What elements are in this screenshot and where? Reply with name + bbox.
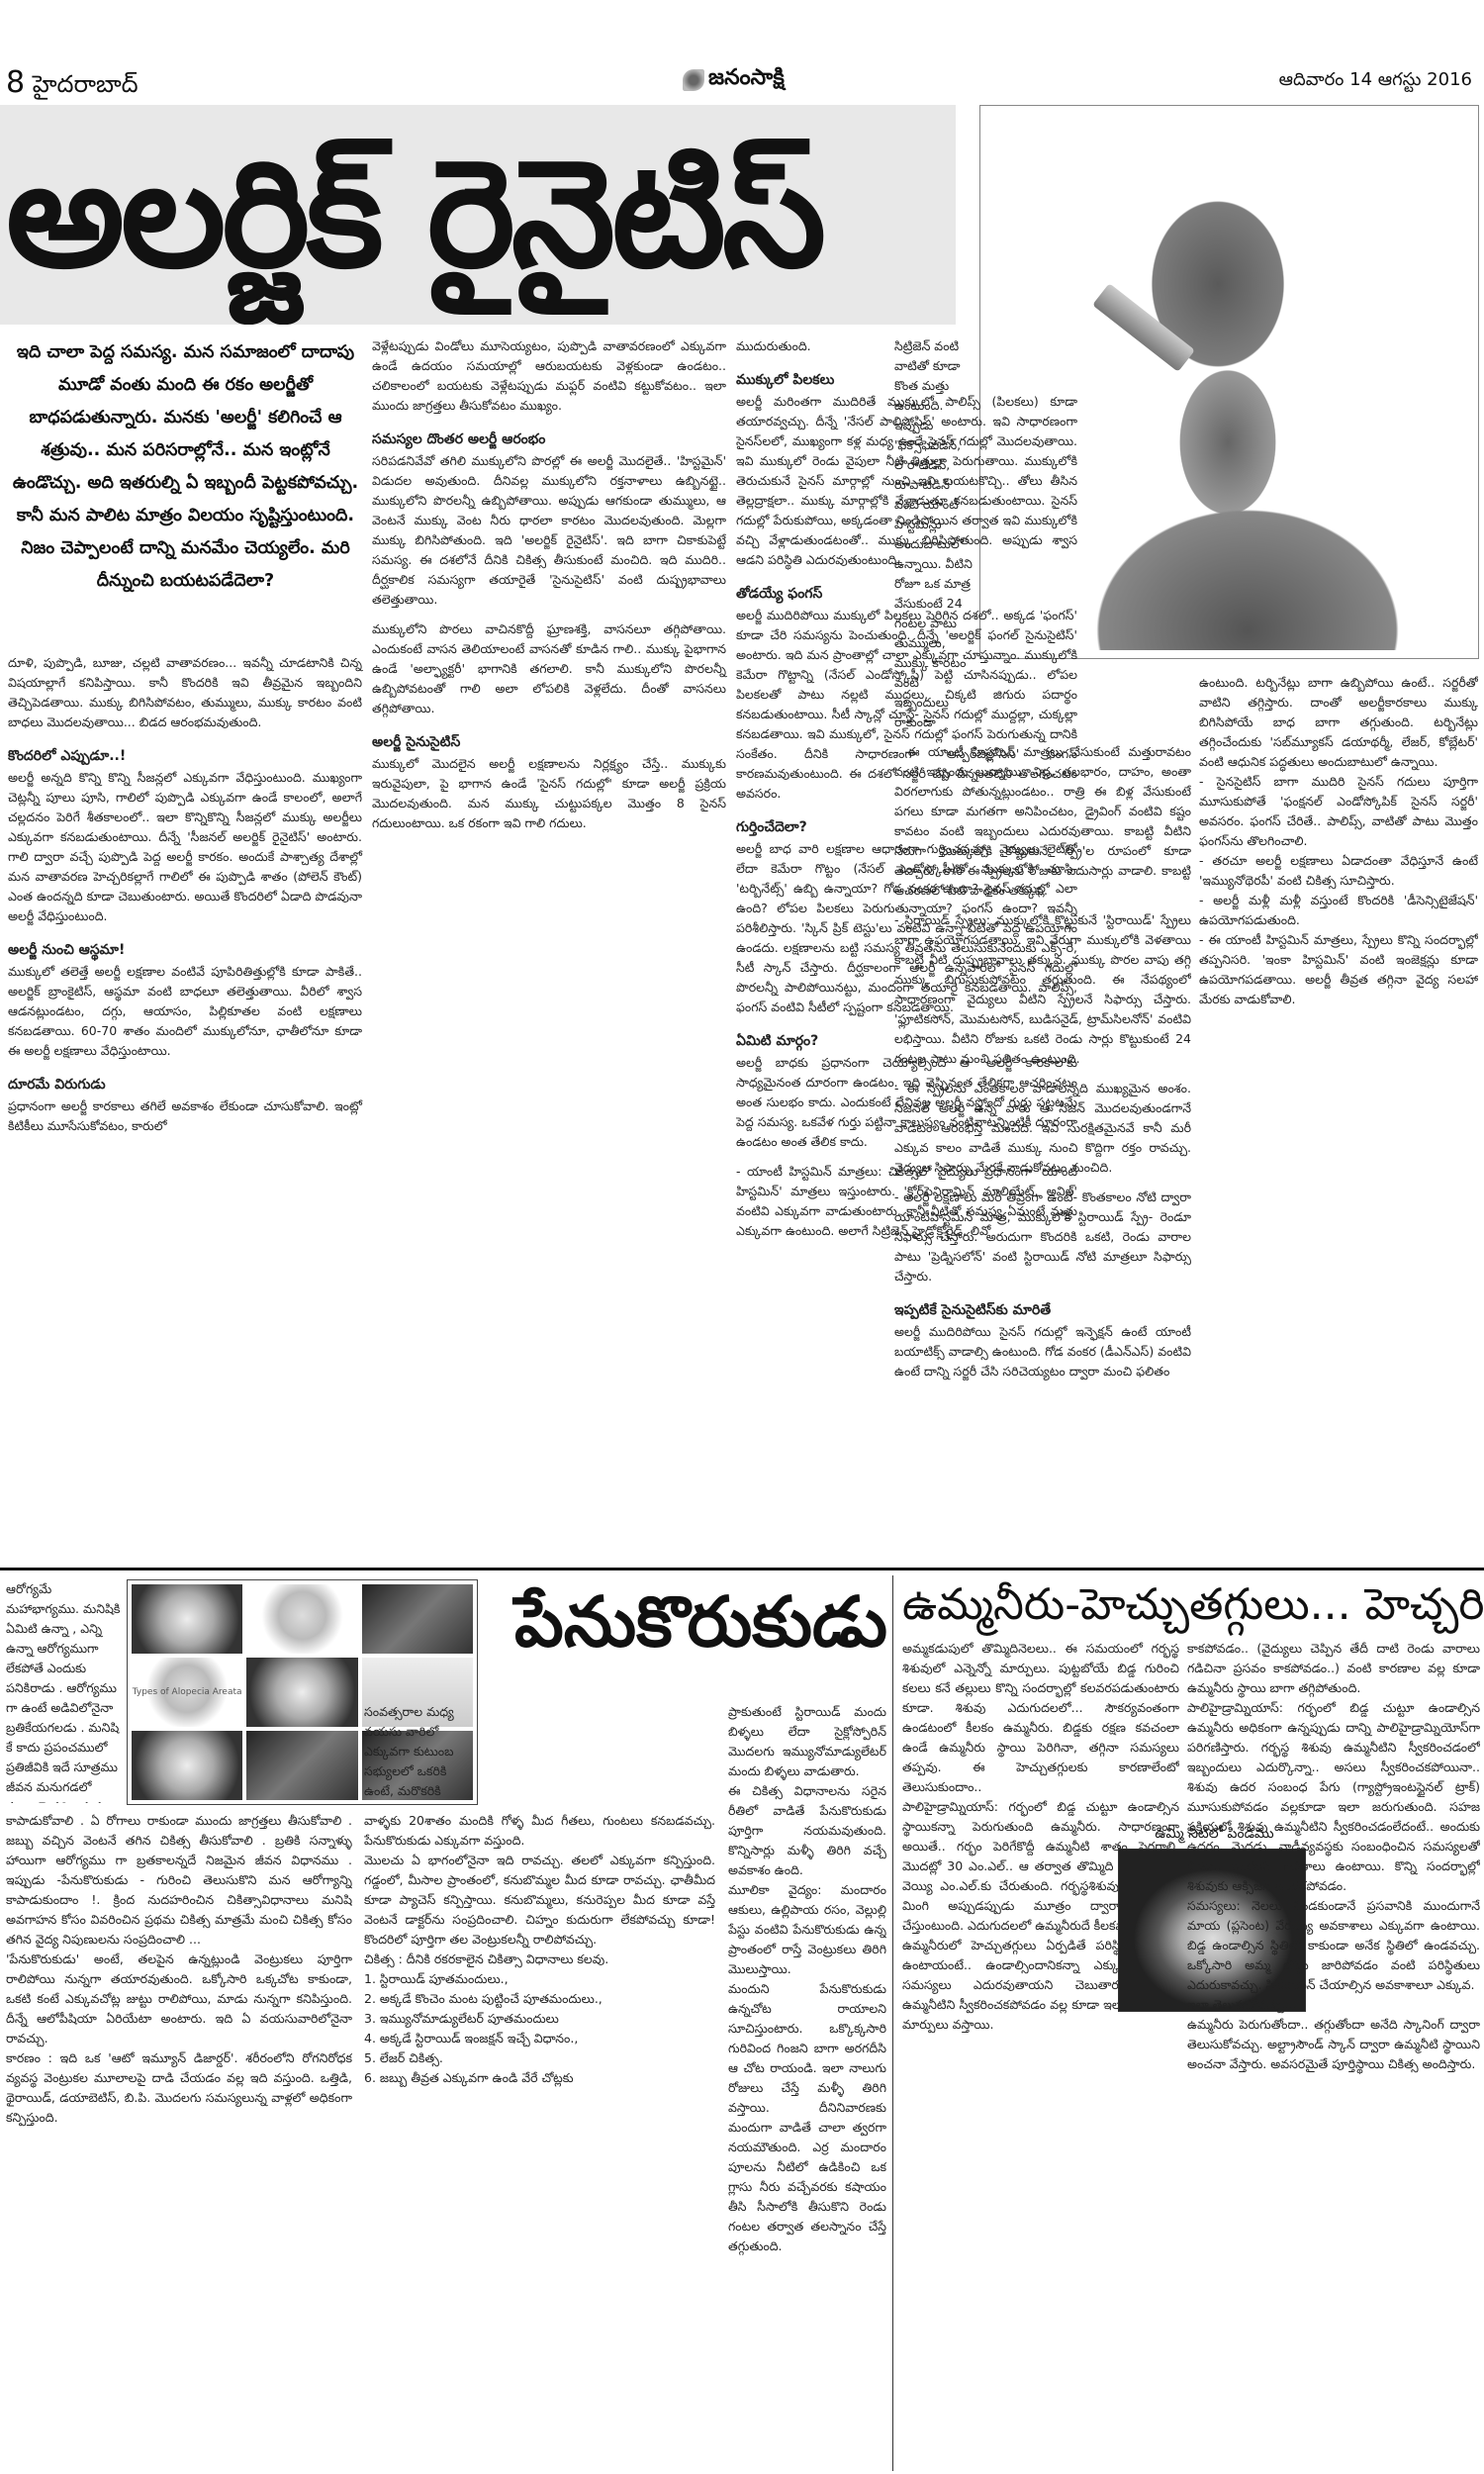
alopecia-photo bbox=[132, 1584, 242, 1654]
article-intro: ఇది చాలా పెద్ద సమస్య. మన సమాజంలో దాదాపు … bbox=[10, 336, 361, 598]
allergy-figure-illustration bbox=[1020, 116, 1455, 650]
article-column-1: దూళి, పుప్పొడి, బూజు, చల్లటి వాతావరణం...… bbox=[8, 653, 362, 1146]
alopecia-column-2-top: సంవత్సరాల మధ్య వయసు వారిలో ఎక్కువగా కుటు… bbox=[364, 1702, 475, 1806]
section-heading: కొందరిలో ఎప్పుడూ..! bbox=[8, 746, 362, 766]
article-2-headline: పేనుకొరుకుడు bbox=[514, 1581, 887, 1679]
alopecia-photo bbox=[246, 1584, 357, 1654]
article-column-5: ఉంటుంది. టర్బినేట్లు బాగా ఉబ్బిపోయి ఉంటే… bbox=[1199, 673, 1478, 1554]
alopecia-photo bbox=[246, 1731, 357, 1800]
newspaper-name: జనంసాక్షి bbox=[708, 65, 785, 95]
alopecia-column-2: వాళ్ళకు 20శాతం మందికి గోళ్ళ మీద గీతలు, గ… bbox=[364, 1811, 715, 2469]
amniotic-column-2: కాకపోవడం.. (వైద్యులు చెప్పిన తేదీ దాటి ర… bbox=[1187, 1639, 1480, 2470]
alopecia-types-diagram: Types of Alopecia Areata bbox=[132, 1658, 242, 1727]
section-heading: దూరమే విరుగుడు bbox=[8, 1075, 362, 1094]
alopecia-photo bbox=[362, 1584, 473, 1654]
column-paragraph: వెళ్లేటప్పుడు విండోలు మూసెయ్యటం, పుప్పొడ… bbox=[372, 336, 726, 416]
column-paragraph: ముక్కులో మొదలైన అలర్జీ లక్షణాలను నిర్లక్… bbox=[372, 754, 726, 833]
section-heading: అలర్జీ సైనుసైటిస్ bbox=[372, 732, 726, 752]
section-divider bbox=[0, 1568, 1484, 1570]
alopecia-photo bbox=[246, 1658, 357, 1727]
column-paragraph: ముక్కులో తలెత్తే అలర్జీ లక్షణాల వంటివే ప… bbox=[8, 962, 362, 1061]
article-3-headline: ఉమ్మనీరు-హెచ్చుతగ్గులు... హెచ్చరికలే bbox=[902, 1579, 1484, 1641]
headline-banner: అలర్జిక్ రైనైటిస్ bbox=[0, 105, 956, 325]
column-paragraph: సరిపడనివేవో తగిలి ముక్కులోని పొరల్లో ఈ అ… bbox=[372, 451, 726, 610]
column-paragraph: - అలర్జీ లక్షణాలు మరీ తీవ్రంగా ఉంటే- కొం… bbox=[894, 1188, 1191, 1286]
logo-leaf-icon bbox=[683, 69, 704, 91]
column-paragraph: - ఈ స్ప్రేలను ఎంతకాలం వాడాలన్నది ముఖ్యమై… bbox=[894, 1079, 1191, 1178]
masthead: 8 హైదరాబాద్ జనంసాక్షి ఆదివారం 14 ఆగస్టు … bbox=[0, 0, 1484, 99]
column-paragraph: అలర్జీ అన్నది కొన్ని కొన్ని సీజన్లలో ఎక్… bbox=[8, 768, 362, 926]
column-paragraph: - ఈ యాంటీ హిస్టమిన్ మాత్రలు వేసుకుంటే మత… bbox=[894, 742, 1191, 901]
section-heading: సమస్యల దొంతర అలర్జీ ఆరంభం bbox=[372, 429, 726, 449]
page-number: 8 హైదరాబాద్ bbox=[6, 65, 139, 104]
alopecia-photo bbox=[132, 1731, 242, 1800]
alopecia-column-1: కాపాడుకోవాలి . ఏ రోగాలు రాకుండా ముందు జా… bbox=[6, 1811, 352, 2469]
column-paragraph: ప్రధానంగా అలర్జీ కారకాలు తగిలే అవకాశం లే… bbox=[8, 1096, 362, 1136]
column-paragraph: సిట్రిజెన్ వంటి వాటితో కూడా కొంత మత్తు ఉ… bbox=[894, 336, 974, 732]
column-paragraph: అలర్జీ ముదిరిపోయి సైనస్ గదుల్లో ఇన్ఫెక్ష… bbox=[894, 1322, 1191, 1381]
amniotic-column-1: అమ్మకడుపులో తొమ్మిదినెలలు.. ఈ సమయంలో గర్… bbox=[902, 1639, 1179, 2470]
article-column-4: - ఈ యాంటీ హిస్టమిన్ మాత్రలు వేసుకుంటే మత… bbox=[894, 742, 1191, 1554]
alopecia-column-3: ప్రాకుతుంటే స్టిరాయిడ్ మందు బిళ్ళలు లేదా… bbox=[728, 1702, 886, 2469]
section-heading: ఇప్పటికే సైనుసైటిస్‌కు మారితే bbox=[894, 1300, 1191, 1320]
column-paragraph: - స్టిరాయిడ్ స్ప్రేలు: ముక్కులోకి కొట్టు… bbox=[894, 910, 1191, 1069]
column-divider bbox=[892, 1575, 893, 2471]
section-name: హైదరాబాద్ bbox=[33, 70, 139, 98]
alopecia-intro-column: ఆరోగ్యమే మహాభాగ్యము. మనిషికి ఏమిటి ఉన్నా… bbox=[6, 1579, 123, 1803]
newspaper-logo: జనంసాక్షి bbox=[683, 65, 785, 95]
article-column-4-narrow: సిట్రిజెన్ వంటి వాటితో కూడా కొంత మత్తు ఉ… bbox=[894, 336, 974, 732]
section-heading: అలర్జీ నుంచి ఆస్థమా! bbox=[8, 940, 362, 960]
column-paragraph: దూళి, పుప్పొడి, బూజు, చల్లటి వాతావరణం...… bbox=[8, 653, 362, 732]
column-paragraph: ముక్కులోని పొరలు వాచినకొద్దీ ఘ్రాణశక్తి,… bbox=[372, 619, 726, 718]
article-column-2: వెళ్లేటప్పుడు విండోలు మూసెయ్యటం, పుప్పొడ… bbox=[372, 336, 726, 843]
main-headline: అలర్జిక్ రైనైటిస్ bbox=[0, 105, 956, 325]
dateline: ఆదివారం 14 ఆగస్టు 2016 bbox=[1279, 69, 1472, 94]
